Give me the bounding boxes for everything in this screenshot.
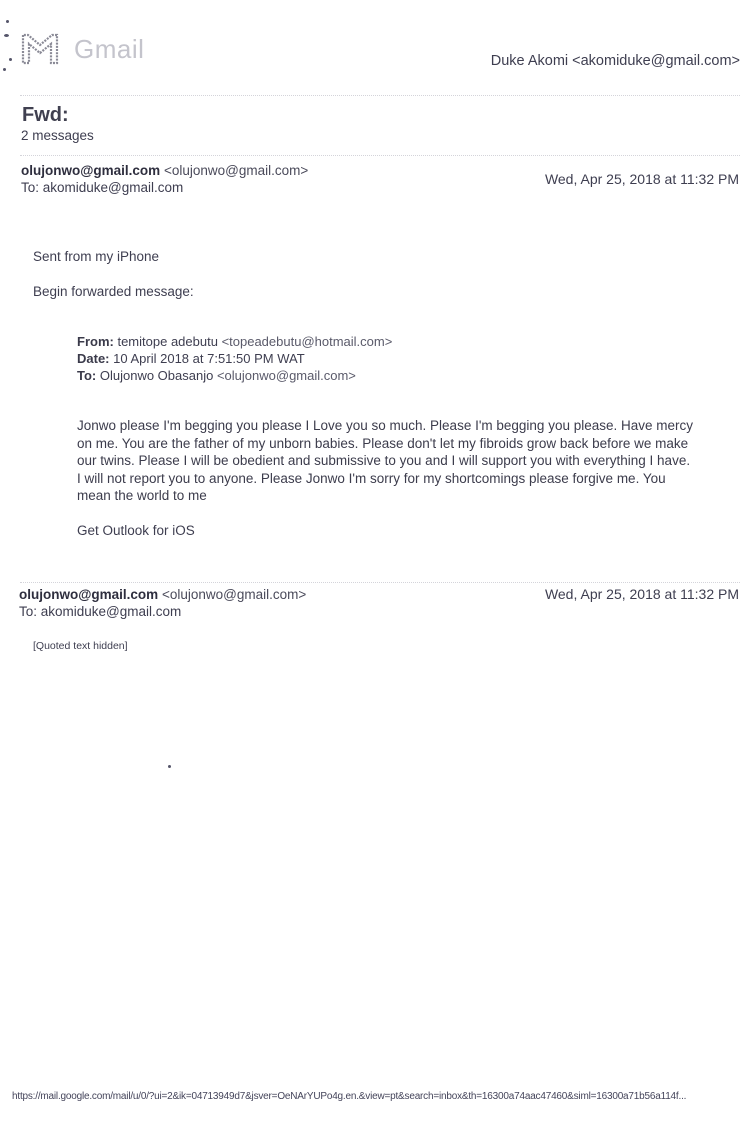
to-name: Olujonwo Obasanjo <box>100 368 213 383</box>
message-divider <box>20 582 740 583</box>
sent-from-signature: Sent from my iPhone <box>33 249 159 264</box>
forwarded-to: To: Olujonwo Obasanjo <olujonwo@gmail.co… <box>77 367 392 384</box>
gmail-wordmark: Gmail <box>74 34 144 65</box>
scan-speck <box>168 765 171 768</box>
scan-speck <box>6 20 9 23</box>
forwarded-date: Date: 10 April 2018 at 7:51:50 PM WAT <box>77 350 392 367</box>
from-label: From: <box>77 334 114 349</box>
message-1-sender: olujonwo@gmail.com <olujonwo@gmail.com> <box>21 163 308 178</box>
to-email: <olujonwo@gmail.com> <box>217 368 356 383</box>
message-2-sender: olujonwo@gmail.com <olujonwo@gmail.com> <box>19 587 306 602</box>
print-footer-url: https://mail.google.com/mail/u/0/?ui=2&i… <box>12 1091 686 1102</box>
gmail-logo: Gmail <box>20 32 144 66</box>
to-label: To: <box>77 368 96 383</box>
forward-intro: Begin forwarded message: <box>33 284 194 299</box>
gmail-m-icon <box>20 32 60 66</box>
message-count: 2 messages <box>21 128 94 143</box>
scan-speck <box>9 58 12 61</box>
account-identity: Duke Akomi <akomiduke@gmail.com> <box>491 53 740 69</box>
sender-email: <olujonwo@gmail.com> <box>162 587 306 602</box>
sender-email: <olujonwo@gmail.com> <box>164 163 308 178</box>
thread-subject: Fwd: <box>22 104 69 127</box>
from-name: temitope adebutu <box>117 334 217 349</box>
thread-divider <box>20 155 740 156</box>
quoted-text-toggle[interactable]: [Quoted text hidden] <box>33 640 128 652</box>
forwarded-from: From: temitope adebutu <topeadebutu@hotm… <box>77 333 392 350</box>
message-1-recipient: To: akomiduke@gmail.com <box>21 180 183 195</box>
header-divider <box>20 95 740 96</box>
message-2-date: Wed, Apr 25, 2018 at 11:32 PM <box>545 586 739 602</box>
outlook-signature: Get Outlook for iOS <box>77 523 195 538</box>
date-label: Date: <box>77 351 110 366</box>
forwarded-header: From: temitope adebutu <topeadebutu@hotm… <box>77 333 392 384</box>
message-2-recipient: To: akomiduke@gmail.com <box>19 604 181 619</box>
scan-speck <box>4 34 9 37</box>
forwarded-body: Jonwo please I'm begging you please I Lo… <box>77 417 697 505</box>
message-1-date: Wed, Apr 25, 2018 at 11:32 PM <box>545 171 739 187</box>
sender-name: olujonwo@gmail.com <box>21 163 160 178</box>
date-value: 10 April 2018 at 7:51:50 PM WAT <box>113 351 305 366</box>
scan-speck <box>3 68 6 71</box>
from-email: <topeadebutu@hotmail.com> <box>222 334 393 349</box>
sender-name: olujonwo@gmail.com <box>19 587 158 602</box>
